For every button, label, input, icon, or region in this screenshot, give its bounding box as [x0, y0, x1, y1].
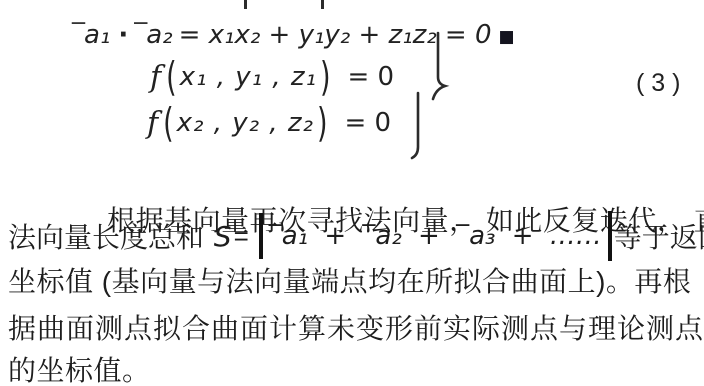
equation-group-brace	[405, 28, 453, 166]
paragraph-line-3: 坐标值 (基向量与法向量端点均在所拟合曲面上)。再根	[8, 260, 691, 300]
right-paren: )	[317, 100, 328, 147]
variable-S: S	[214, 220, 232, 253]
equals-sign: =	[234, 221, 249, 252]
function-symbol: f	[147, 106, 158, 141]
equals-return-point-text: 等于返回点的	[614, 216, 704, 256]
sum-label-text: 法向量长度总和	[8, 216, 212, 256]
paragraph-line-5: 的坐标值。	[8, 349, 151, 386]
equation-number: ( 3 )	[636, 69, 680, 98]
vector-overbar-a1: ‾	[72, 19, 84, 49]
scan-artifact-tick-2	[321, 0, 324, 9]
equation-surface-2: f ( x₂ , y₂ , z₂ ) = 0	[147, 102, 391, 144]
function-symbol: f	[150, 60, 161, 95]
dot-operator: ·	[118, 20, 128, 50]
paragraph-line-2: 法向量长度总和 S = ‾a₁ + ‾a₂ + ‾a₃ + …… 等于返回点的 …	[8, 211, 704, 261]
paragraph-line-4: 据曲面测点拟合曲面计算未变形前实际测点与理论测点	[8, 307, 704, 347]
left-paren: (	[163, 100, 174, 147]
equals-zero: = 0	[347, 62, 394, 92]
vector-a1: a₁	[84, 20, 110, 50]
equation-surface-1: f ( x₁ , y₁ , z₁ ) = 0	[150, 56, 394, 98]
absolute-value-bar-left	[259, 213, 263, 259]
scan-artifact-tick-1	[244, 0, 247, 9]
left-paren: (	[166, 54, 177, 101]
function-arguments-1: x₁ , y₁ , z₁	[180, 62, 317, 92]
vector-sum-formula: ‾a₁ + ‾a₂ + ‾a₃ + ……	[269, 221, 602, 251]
absolute-value-bar-right	[608, 211, 612, 261]
function-arguments-2: x₂ , y₂ , z₂	[177, 108, 314, 138]
right-paren: )	[320, 54, 331, 101]
end-of-proof-square-icon: ■	[499, 27, 515, 47]
equals-zero: = 0	[344, 108, 391, 138]
vector-overbar-a2: ‾	[134, 19, 146, 49]
document-page: ‾ a₁ · ‾ a₂ = x₁x₂ + y₁y₂ + z₁z₂ = 0 ■ f…	[0, 0, 704, 386]
vector-a2: a₂	[146, 20, 172, 50]
